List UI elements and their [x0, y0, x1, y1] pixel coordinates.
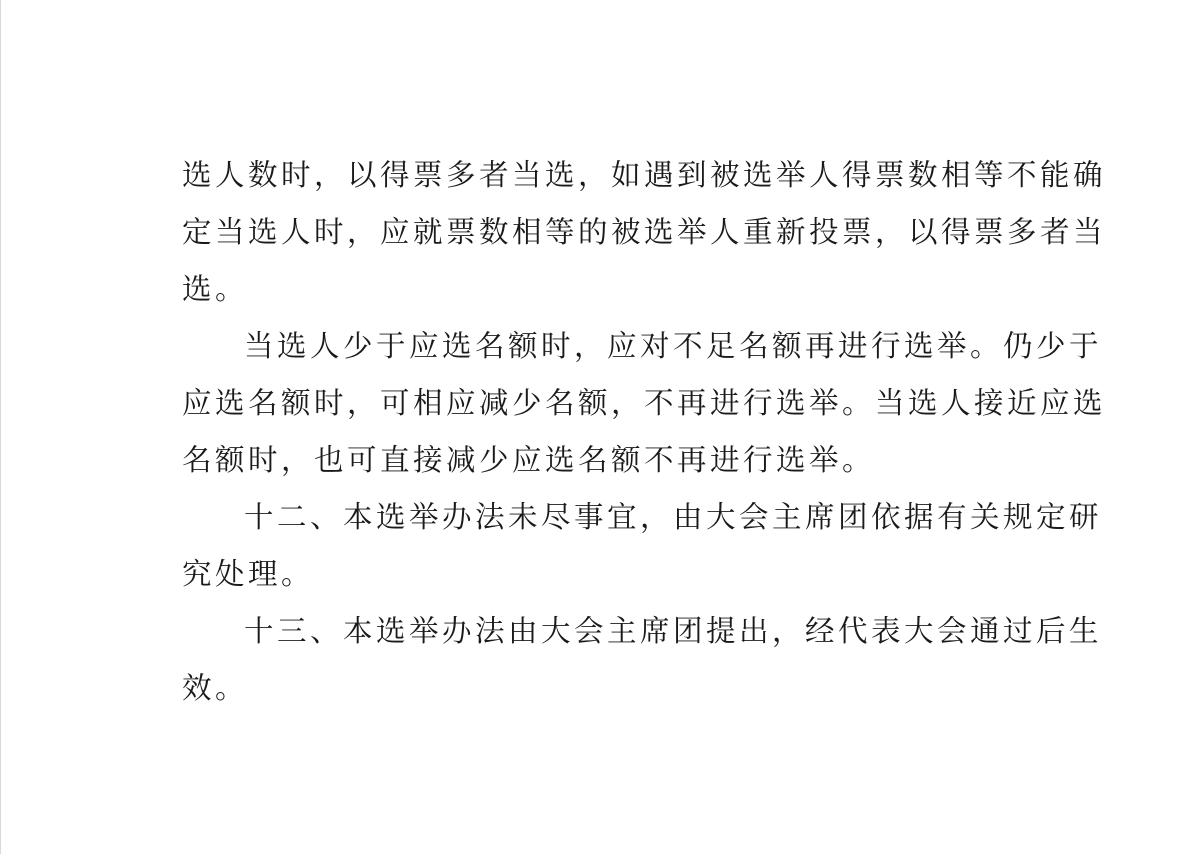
text-line: 究处理。 [182, 549, 1012, 606]
text-line: 应选名额时，可相应减少名额，不再进行选举。当选人接近应选 [182, 378, 1012, 435]
paragraph-4: 十三、本选举办法由大会主席团提出，经代表大会通过后生 效。 [182, 606, 1012, 720]
paragraph-2: 当选人少于应选名额时，应对不足名额再进行选举。仍少于 应选名额时，可相应减少名额… [182, 321, 1012, 492]
text-line: 当选人少于应选名额时，应对不足名额再进行选举。仍少于 [182, 321, 1012, 378]
text-line: 选。 [182, 264, 1012, 321]
paragraph-1: 选人数时，以得票多者当选，如遇到被选举人得票数相等不能确 定当选人时，应就票数相… [182, 150, 1012, 321]
text-line: 十三、本选举办法由大会主席团提出，经代表大会通过后生 [182, 606, 1012, 663]
paragraph-3: 十二、本选举办法未尽事宜，由大会主席团依据有关规定研 究处理。 [182, 492, 1012, 606]
document-page: 选人数时，以得票多者当选，如遇到被选举人得票数相等不能确 定当选人时，应就票数相… [182, 150, 1012, 720]
text-line: 定当选人时，应就票数相等的被选举人重新投票，以得票多者当 [182, 207, 1012, 264]
page-left-border [0, 0, 1, 854]
text-line: 名额时，也可直接减少应选名额不再进行选举。 [182, 435, 1012, 492]
text-line: 选人数时，以得票多者当选，如遇到被选举人得票数相等不能确 [182, 150, 1012, 207]
text-line: 效。 [182, 663, 1012, 720]
text-line: 十二、本选举办法未尽事宜，由大会主席团依据有关规定研 [182, 492, 1012, 549]
